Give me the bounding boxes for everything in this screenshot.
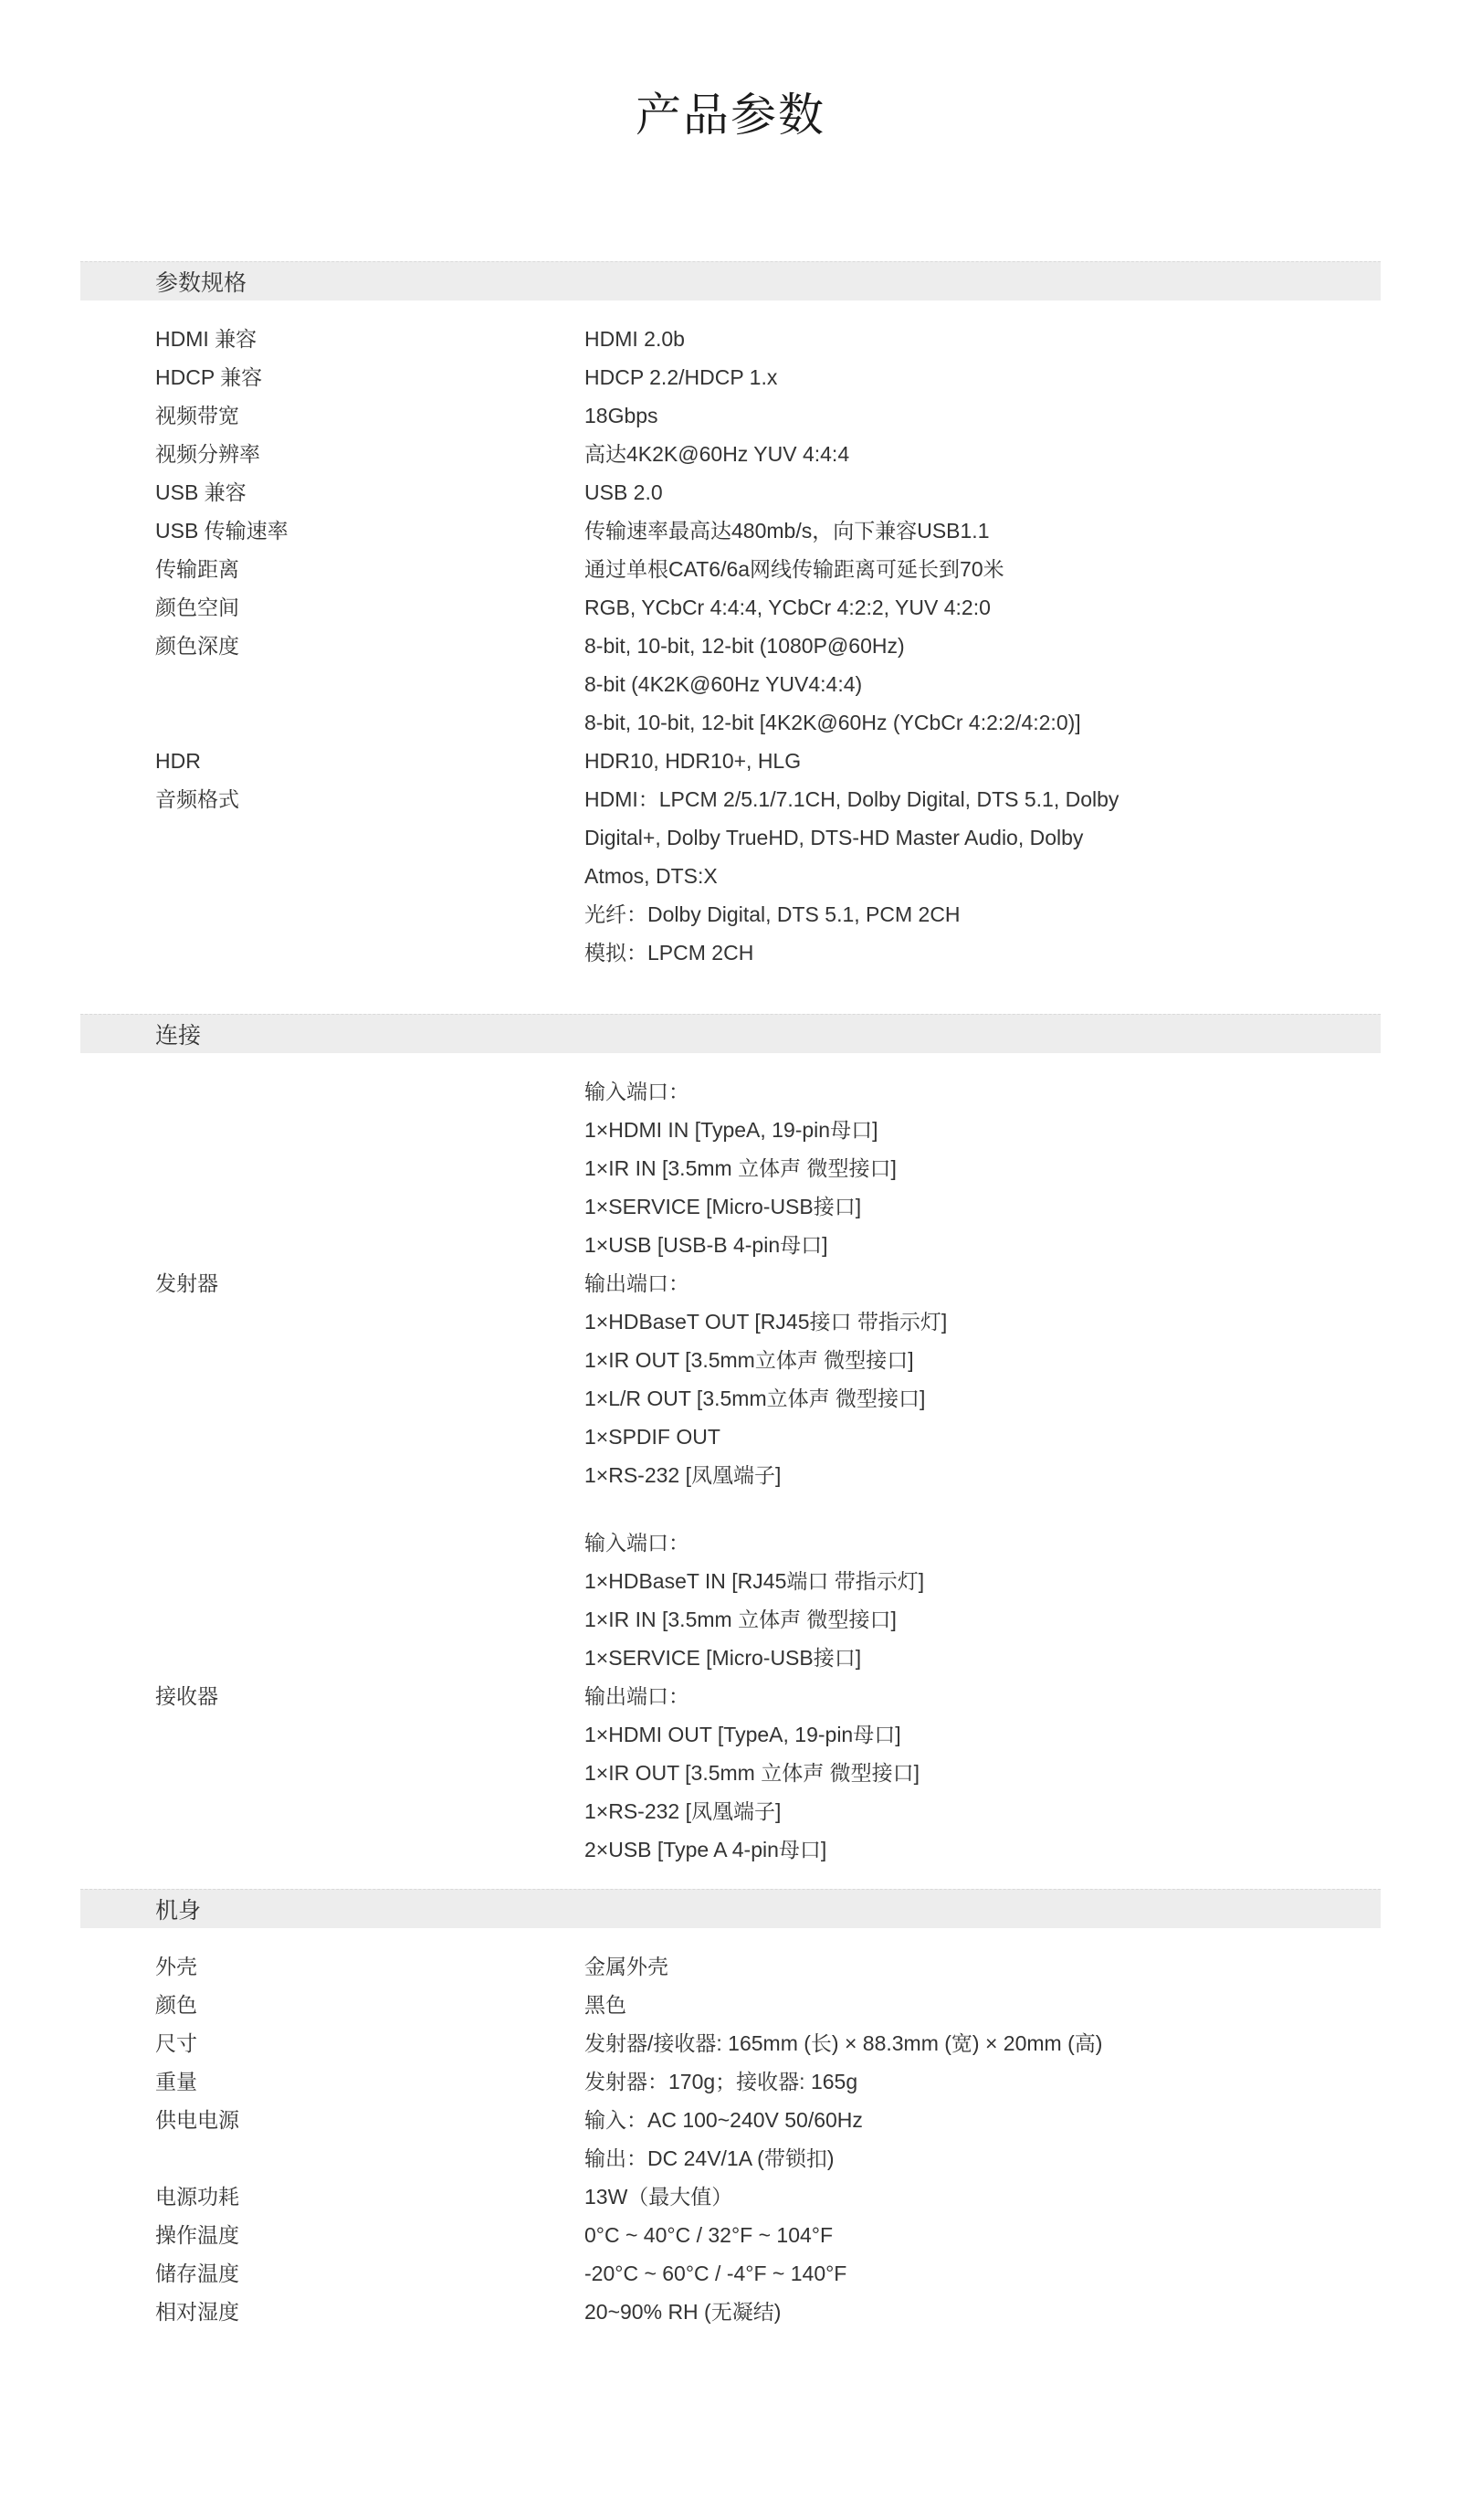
value-line: HDR10, HDR10+, HLG [584,742,1381,780]
row-value: 输入：AC 100~240V 50/60Hz 输出：DC 24V/1A (带锁扣… [584,2101,1381,2177]
group-port-lines: 输入端口： 1×HDMI IN [TypeA, 19-pin母口] 1×IR I… [584,1072,1381,1494]
spec-row: 视频带宽 18Gbps [80,396,1381,435]
row-value: 通过单根CAT6/6a网线传输距离可延长到70米 [584,550,1381,588]
spec-section: 连接 发射器 输入端口： 1×HDMI IN [TypeA, 19-pin母口]… [80,1014,1381,1869]
row-label: HDR [155,742,584,780]
value-line: 8-bit, 10-bit, 12-bit [4K2K@60Hz (YCbCr … [584,703,1381,742]
row-value: HDCP 2.2/HDCP 1.x [584,358,1381,396]
value-line: 8-bit (4K2K@60Hz YUV4:4:4) [584,665,1381,703]
page-title: 产品参数 [0,0,1461,140]
row-value: 传输速率最高达480mb/s，向下兼容USB1.1 [584,511,1381,550]
value-line: 1×HDBaseT IN [RJ45端口 带指示灯] [584,1562,1381,1600]
value-line: 输出：DC 24V/1A (带锁扣) [584,2139,1381,2177]
row-label: USB 兼容 [155,473,584,511]
row-label: 操作温度 [155,2216,584,2254]
value-line: 2×USB [Type A 4-pin母口] [584,1830,1381,1869]
value-line: 输出端口： [584,1264,1381,1302]
value-line: 1×HDMI OUT [TypeA, 19-pin母口] [584,1715,1381,1754]
value-line: Atmos, DTS:X [584,857,1381,895]
section-header-label: 参数规格 [155,265,247,298]
value-line: 0°C ~ 40°C / 32°F ~ 104°F [584,2216,1381,2254]
section-body: 外壳 金属外壳 颜色 黑色 尺寸 发射器/接收器: 165mm (长) × 88… [80,1928,1381,2331]
value-line: 1×IR IN [3.5mm 立体声 微型接口] [584,1149,1381,1187]
value-line: 1×RS-232 [凤凰端子] [584,1792,1381,1830]
value-line: -20°C ~ 60°C / -4°F ~ 140°F [584,2254,1381,2293]
value-line: 1×HDMI IN [TypeA, 19-pin母口] [584,1111,1381,1149]
spec-row: 颜色深度 8-bit, 10-bit, 12-bit (1080P@60Hz) … [80,627,1381,742]
group-label: 接收器 [155,1677,584,1715]
spec-row: 重量 发射器：170g；接收器: 165g [80,2062,1381,2101]
row-label: HDCP 兼容 [155,358,584,396]
spec-row: 视频分辨率 高达4K2K@60Hz YUV 4:4:4 [80,435,1381,473]
device-group: 接收器 输入端口： 1×HDBaseT IN [RJ45端口 带指示灯] 1×I… [80,1524,1381,1869]
row-label: 视频分辨率 [155,435,584,473]
section-header: 机身 [80,1889,1381,1928]
value-line: 8-bit, 10-bit, 12-bit (1080P@60Hz) [584,627,1381,665]
row-value: 8-bit, 10-bit, 12-bit (1080P@60Hz) 8-bit… [584,627,1381,742]
row-value: 金属外壳 [584,1947,1381,1986]
value-line: 通过单根CAT6/6a网线传输距离可延长到70米 [584,550,1381,588]
value-line: HDCP 2.2/HDCP 1.x [584,358,1381,396]
row-value: 高达4K2K@60Hz YUV 4:4:4 [584,435,1381,473]
row-label: 传输距离 [155,550,584,588]
section-header-label: 机身 [155,1893,201,1925]
value-line: 传输速率最高达480mb/s，向下兼容USB1.1 [584,511,1381,550]
spec-row: HDR HDR10, HDR10+, HLG [80,742,1381,780]
device-group: 发射器 输入端口： 1×HDMI IN [TypeA, 19-pin母口] 1×… [80,1072,1381,1494]
row-label: 供电电源 [155,2101,584,2139]
value-line: 1×IR IN [3.5mm 立体声 微型接口] [584,1600,1381,1639]
row-value: HDMI：LPCM 2/5.1/7.1CH, Dolby Digital, DT… [584,780,1381,972]
row-value: HDR10, HDR10+, HLG [584,742,1381,780]
value-line: HDMI：LPCM 2/5.1/7.1CH, Dolby Digital, DT… [584,780,1381,818]
value-line: 1×SPDIF OUT [584,1418,1381,1456]
row-value: 发射器：170g；接收器: 165g [584,2062,1381,2101]
value-line: 金属外壳 [584,1947,1381,1986]
value-line: 1×L/R OUT [3.5mm立体声 微型接口] [584,1379,1381,1418]
row-label: HDMI 兼容 [155,320,584,358]
spec-row: 操作温度 0°C ~ 40°C / 32°F ~ 104°F [80,2216,1381,2254]
value-line: 输出端口： [584,1677,1381,1715]
spec-row: 供电电源 输入：AC 100~240V 50/60Hz 输出：DC 24V/1A… [80,2101,1381,2177]
row-label: USB 传输速率 [155,511,584,550]
spec-row: USB 传输速率 传输速率最高达480mb/s，向下兼容USB1.1 [80,511,1381,550]
value-line: 1×HDBaseT OUT [RJ45接口 带指示灯] [584,1302,1381,1341]
spec-row: 储存温度 -20°C ~ 60°C / -4°F ~ 140°F [80,2254,1381,2293]
section-body: HDMI 兼容 HDMI 2.0b HDCP 兼容 HDCP 2.2/HDCP … [80,301,1381,972]
row-label: 相对湿度 [155,2293,584,2331]
spec-section: 参数规格 HDMI 兼容 HDMI 2.0b HDCP 兼容 HDCP 2.2/… [80,261,1381,972]
value-line: 光纤：Dolby Digital, DTS 5.1, PCM 2CH [584,895,1381,933]
spec-row: 电源功耗 13W（最大值） [80,2177,1381,2216]
value-line: USB 2.0 [584,473,1381,511]
spec-row: HDCP 兼容 HDCP 2.2/HDCP 1.x [80,358,1381,396]
row-value: HDMI 2.0b [584,320,1381,358]
row-label: 音频格式 [155,780,584,818]
row-label: 储存温度 [155,2254,584,2293]
row-value: 18Gbps [584,396,1381,435]
spec-row: 音频格式 HDMI：LPCM 2/5.1/7.1CH, Dolby Digita… [80,780,1381,972]
spec-row: HDMI 兼容 HDMI 2.0b [80,320,1381,358]
value-line: 20~90% RH (无凝结) [584,2293,1381,2331]
value-line: 18Gbps [584,396,1381,435]
spec-row: 尺寸 发射器/接收器: 165mm (长) × 88.3mm (宽) × 20m… [80,2024,1381,2062]
value-line: 黑色 [584,1986,1381,2024]
row-value: 发射器/接收器: 165mm (长) × 88.3mm (宽) × 20mm (… [584,2024,1381,2062]
row-label: 电源功耗 [155,2177,584,2216]
spec-row: 颜色空间 RGB, YCbCr 4:4:4, YCbCr 4:2:2, YUV … [80,588,1381,627]
row-label: 颜色空间 [155,588,584,627]
value-line: 1×IR OUT [3.5mm立体声 微型接口] [584,1341,1381,1379]
value-line: 模拟：LPCM 2CH [584,933,1381,972]
section-body: 发射器 输入端口： 1×HDMI IN [TypeA, 19-pin母口] 1×… [80,1053,1381,1869]
group-label: 发射器 [155,1264,584,1302]
value-line: RGB, YCbCr 4:4:4, YCbCr 4:2:2, YUV 4:2:0 [584,588,1381,627]
row-value: USB 2.0 [584,473,1381,511]
value-line: 1×USB [USB-B 4-pin母口] [584,1226,1381,1264]
row-label: 尺寸 [155,2024,584,2062]
row-label: 重量 [155,2062,584,2101]
group-port-lines: 输入端口： 1×HDBaseT IN [RJ45端口 带指示灯] 1×IR IN… [584,1524,1381,1869]
value-line: 1×SERVICE [Micro-USB接口] [584,1187,1381,1226]
value-line: 1×SERVICE [Micro-USB接口] [584,1639,1381,1677]
row-label: 颜色 [155,1986,584,2024]
value-line: 高达4K2K@60Hz YUV 4:4:4 [584,435,1381,473]
row-label: 颜色深度 [155,627,584,665]
value-line: 输入端口： [584,1072,1381,1111]
value-line: 发射器：170g；接收器: 165g [584,2062,1381,2101]
row-value: 20~90% RH (无凝结) [584,2293,1381,2331]
spec-row: USB 兼容 USB 2.0 [80,473,1381,511]
value-line: 输入：AC 100~240V 50/60Hz [584,2101,1381,2139]
spec-row: 传输距离 通过单根CAT6/6a网线传输距离可延长到70米 [80,550,1381,588]
value-line: 13W（最大值） [584,2177,1381,2216]
spec-row: 颜色 黑色 [80,1986,1381,2024]
value-line: Digital+, Dolby TrueHD, DTS-HD Master Au… [584,818,1381,857]
spec-row: 相对湿度 20~90% RH (无凝结) [80,2293,1381,2331]
value-line: HDMI 2.0b [584,320,1381,358]
value-line: 输入端口： [584,1524,1381,1562]
value-line: 1×RS-232 [凤凰端子] [584,1456,1381,1494]
value-line: 发射器/接收器: 165mm (长) × 88.3mm (宽) × 20mm (… [584,2024,1381,2062]
row-value: RGB, YCbCr 4:4:4, YCbCr 4:2:2, YUV 4:2:0 [584,588,1381,627]
row-label: 外壳 [155,1947,584,1986]
section-header: 连接 [80,1014,1381,1053]
row-value: 黑色 [584,1986,1381,2024]
row-label: 视频带宽 [155,396,584,435]
row-value: 13W（最大值） [584,2177,1381,2216]
spec-row: 外壳 金属外壳 [80,1947,1381,1986]
section-header: 参数规格 [80,261,1381,301]
value-line: 1×IR OUT [3.5mm 立体声 微型接口] [584,1754,1381,1792]
sections-container: 参数规格 HDMI 兼容 HDMI 2.0b HDCP 兼容 HDCP 2.2/… [80,261,1381,2331]
product-spec-page: 产品参数 参数规格 HDMI 兼容 HDMI 2.0b HDCP 兼容 HDCP… [0,0,1461,2520]
row-value: -20°C ~ 60°C / -4°F ~ 140°F [584,2254,1381,2293]
section-header-label: 连接 [155,1017,201,1050]
row-value: 0°C ~ 40°C / 32°F ~ 104°F [584,2216,1381,2254]
spec-section: 机身 外壳 金属外壳 颜色 黑色 尺寸 发射器/接收器: 165mm (长) ×… [80,1889,1381,2331]
